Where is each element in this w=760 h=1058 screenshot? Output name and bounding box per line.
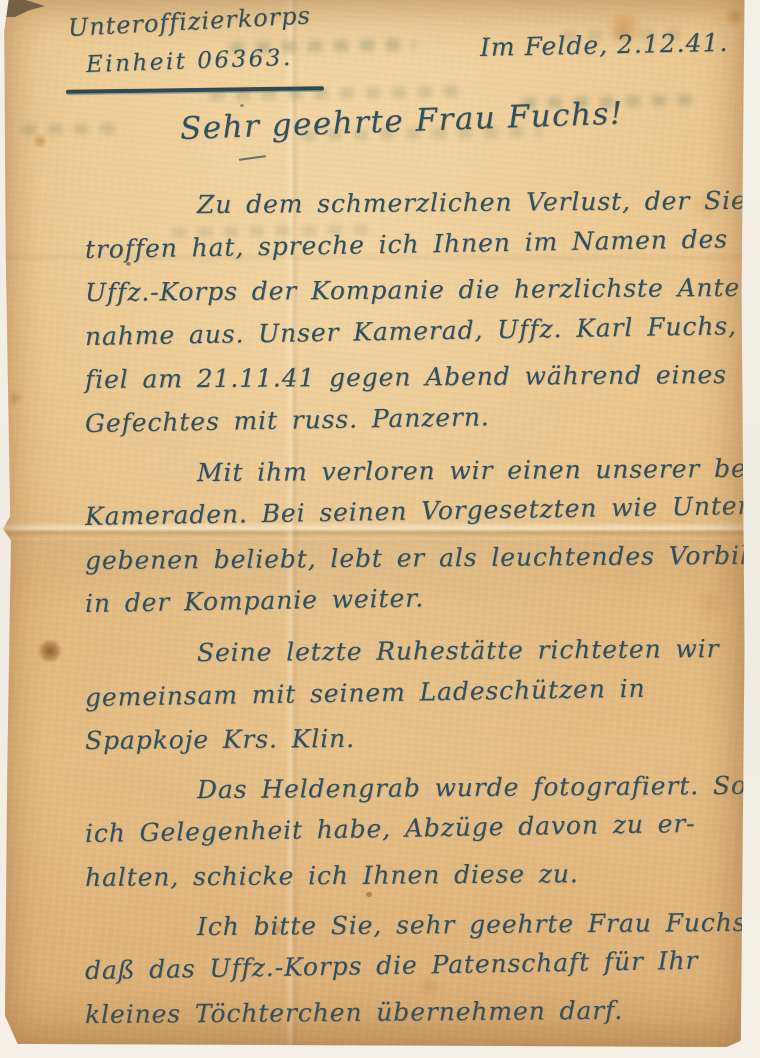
paragraph: Zu dem schmerzlichen Verlust, der Sie be… [85,184,747,446]
letter-page: Unteroffizierkorps Einheit 06363. Im Fel… [2,0,746,1047]
ink-speck [240,104,244,107]
paragraph: Mit ihm verloren wir einen unserer beste… [85,452,747,626]
paragraph: Ich bitte Sie, sehr geehrte Frau Fuchs, … [85,906,747,1037]
salutation: Sehr geehrte Frau Fuchs! [179,96,624,147]
bleed-through-smudge [22,123,118,135]
letter-line: ich Gelegenheit habe, Abzüge davon zu er… [85,801,748,856]
letter-line: in der Kompanie weiter. [85,571,748,626]
scan-background: Unteroffizierkorps Einheit 06363. Im Fel… [0,0,760,1058]
letter-line: kleines Töchterchen übernehmen darf. [85,987,747,1036]
letter-line: Spapkoje Krs. Klin. [85,714,747,763]
dateline: Im Felde, 2.12.41. [480,28,729,62]
paragraph: Das Heldengrab wurde fotografiert. Sobal… [85,769,747,900]
stain [32,134,48,148]
stain [38,640,62,662]
unit-name-line: Unteroffizierkorps [67,1,311,42]
header-underline [66,86,324,93]
paragraph: Seine letzte Ruhestätte richteten wir ge… [85,632,747,763]
letter-line: halten, schicke ich Ihnen diese zu. [85,851,747,900]
stain [724,8,746,26]
stain [6,390,24,406]
letter-body: Zu dem schmerzlichen Verlust, der Sie be… [85,184,747,1036]
salutation-underline-stroke [239,155,266,161]
letter-line: Kameraden. Bei seinen Vorgesetzten wie U… [85,484,748,539]
unit-number-line: Einheit 06363. [86,45,294,78]
corner-damage-mark [2,0,45,17]
